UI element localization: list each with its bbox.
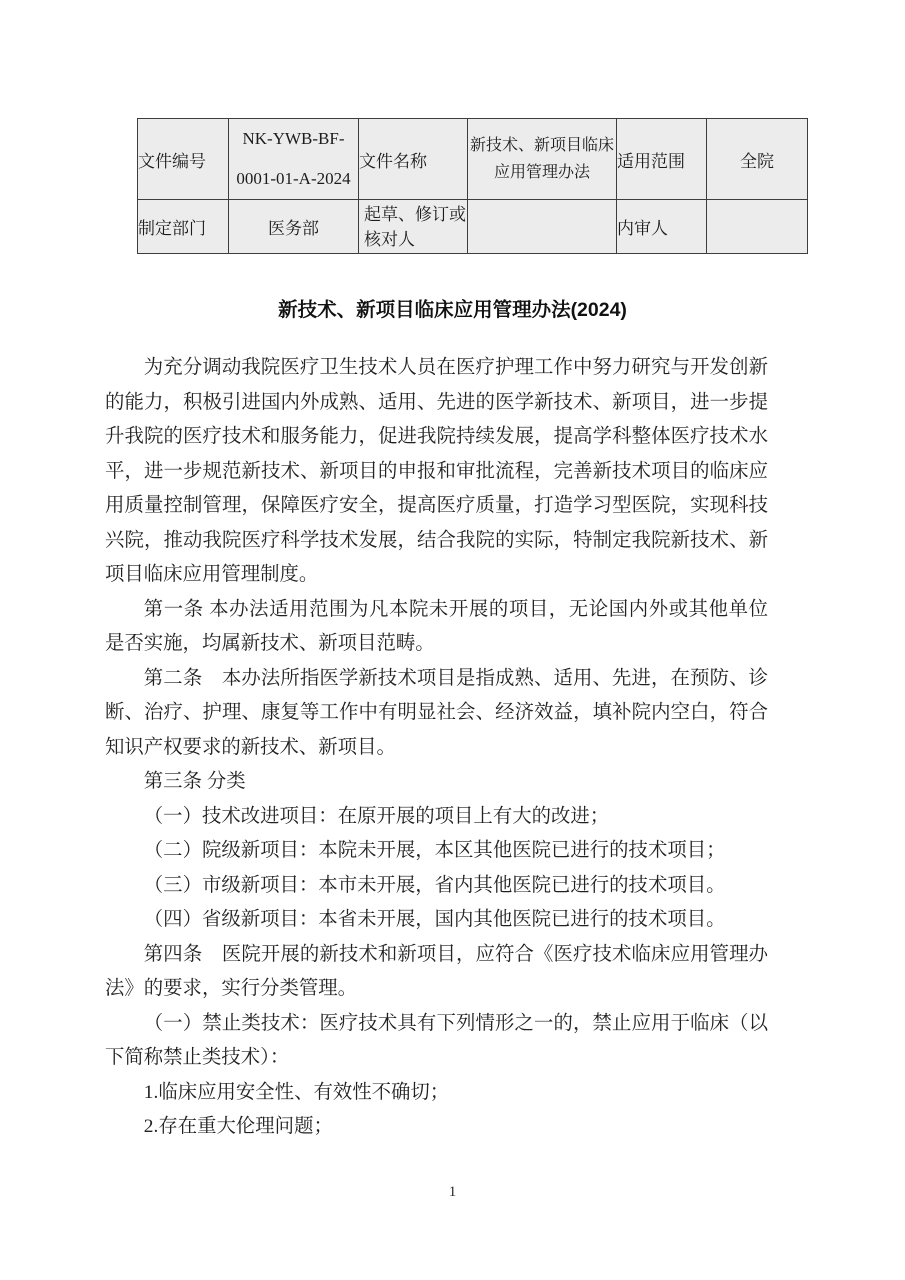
paragraph-article-1: 第一条 本办法适用范围为凡本院未开展的项目，无论国内外或其他单位是否实施，均属新… <box>105 593 768 662</box>
paragraph-item-1: （一）技术改进项目：在原开展的项目上有大的改进； <box>105 800 768 835</box>
paragraph-item-4: （四）省级新项目：本省未开展，国内其他医院已进行的技术项目。 <box>105 903 768 938</box>
paragraph-intro: 为充分调动我院医疗卫生技术人员在医疗护理工作中努力研究与开发创新的能力，积极引进… <box>105 351 768 593</box>
document-header-table: 文件编号 NK-YWB-BF- 0001-01-A-2024 文件名称 新技术、… <box>137 118 808 254</box>
scope-label: 适用范围 <box>617 119 707 200</box>
document-body: 为充分调动我院医疗卫生技术人员在医疗护理工作中努力研究与开发创新的能力，积极引进… <box>105 351 768 1145</box>
paragraph-article-2: 第二条 本办法所指医学新技术项目是指成熟、适用、先进，在预防、诊断、治疗、护理、… <box>105 662 768 766</box>
paragraph-article-3: 第三条 分类 <box>105 765 768 800</box>
paragraph-item-2: （二）院级新项目：本院未开展，本区其他医院已进行的技术项目； <box>105 834 768 869</box>
file-name-value: 新技术、新项目临床 应用管理办法 <box>468 119 617 200</box>
drafter-label-line2: 核对人 <box>359 227 467 252</box>
paragraph-prohibited-item-1: 1.临床应用安全性、有效性不确切； <box>105 1076 768 1111</box>
file-name-value-line2: 应用管理办法 <box>468 159 616 186</box>
page-number: 1 <box>0 1184 905 1201</box>
file-number-value-line1: NK-YWB-BF- <box>229 119 358 159</box>
department-value: 医务部 <box>229 200 359 254</box>
file-number-label: 文件编号 <box>138 119 229 200</box>
drafter-value-cell <box>468 200 617 254</box>
file-name-label: 文件名称 <box>359 119 468 200</box>
paragraph-article-4: 第四条 医院开展的新技术和新项目，应符合《医疗技术临床应用管理办法》的要求，实行… <box>105 938 768 1007</box>
file-name-value-line1: 新技术、新项目临床 <box>468 132 616 159</box>
paragraph-item-3: （三）市级新项目：本市未开展，省内其他医院已进行的技术项目。 <box>105 869 768 904</box>
file-number-value-line2: 0001-01-A-2024 <box>229 159 358 199</box>
department-label: 制定部门 <box>138 200 229 254</box>
file-number-value: NK-YWB-BF- 0001-01-A-2024 <box>229 119 359 200</box>
drafter-label-line1: 起草、修订或 <box>359 202 467 227</box>
auditor-label: 内审人 <box>617 200 707 254</box>
auditor-value-cell <box>707 200 808 254</box>
document-page: 文件编号 NK-YWB-BF- 0001-01-A-2024 文件名称 新技术、… <box>0 0 905 1280</box>
table-row: 制定部门 医务部 起草、修订或 核对人 内审人 <box>138 200 808 254</box>
paragraph-prohibited-item-2: 2.存在重大伦理问题； <box>105 1110 768 1145</box>
scope-value: 全院 <box>707 119 808 200</box>
paragraph-prohibited-tech: （一）禁止类技术：医疗技术具有下列情形之一的，禁止应用于临床（以下简称禁止类技术… <box>105 1007 768 1076</box>
document-title: 新技术、新项目临床应用管理办法(2024) <box>0 296 905 324</box>
table-row: 文件编号 NK-YWB-BF- 0001-01-A-2024 文件名称 新技术、… <box>138 119 808 200</box>
drafter-label: 起草、修订或 核对人 <box>359 200 468 254</box>
